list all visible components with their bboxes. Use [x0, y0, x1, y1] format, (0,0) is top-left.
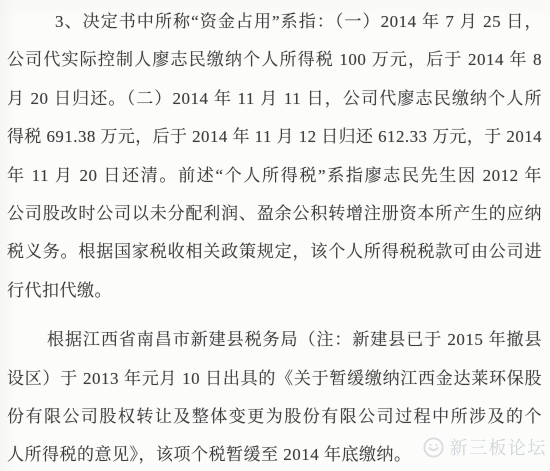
text-line: 人所得税的意见》，该项个税暂缓至 2014 年底缴纳。	[7, 436, 542, 471]
text-line: 公司代实际控制人廖志民缴纳个人所得税 100 万元，后于 2014 年 8	[7, 41, 542, 79]
text-line: 份有限公司股权转让及整体变更为股份有限公司过程中所涉及的个	[7, 398, 542, 436]
paragraph-1: 3、决定书中所称“资金占用”系指：（一）2014 年 7 月 25 日， 公司代…	[7, 3, 542, 310]
text-line: 行代扣代缴。	[7, 272, 542, 310]
text-line: 年 11 月 20 日还清。前述“个人所得税”系指廖志民先生因 2012 年	[7, 157, 542, 195]
text-line: 税义务。根据国家税收相关政策规定，该个人所得税税款可由公司进	[7, 233, 542, 271]
text-line: 得税 691.38 万元，后于 2014 年 11 月 12 日归还 612.3…	[7, 118, 538, 156]
text-line: 月 20 日归还。（二）2014 年 11 月 11 日，公司代廖志民缴纳个人所	[7, 80, 542, 118]
text-line: 设区）于 2013 年元月 10 日出具的《关于暂缓缴纳江西金达莱环保股	[7, 360, 542, 398]
text-line: 3、决定书中所称“资金占用”系指：（一）2014 年 7 月 25 日，	[7, 3, 542, 41]
paragraph-2: 根据江西省南昌市新建县税务局（注：新建县已于 2015 年撤县 设区）于 201…	[7, 321, 542, 471]
text-line: 根据江西省南昌市新建县税务局（注：新建县已于 2015 年撤县	[7, 321, 542, 359]
document-page: 3、决定书中所称“资金占用”系指：（一）2014 年 7 月 25 日， 公司代…	[0, 0, 550, 471]
text-line: 公司股改时公司以未分配利润、盈余公积转增注册资本所产生的应纳	[7, 195, 542, 233]
